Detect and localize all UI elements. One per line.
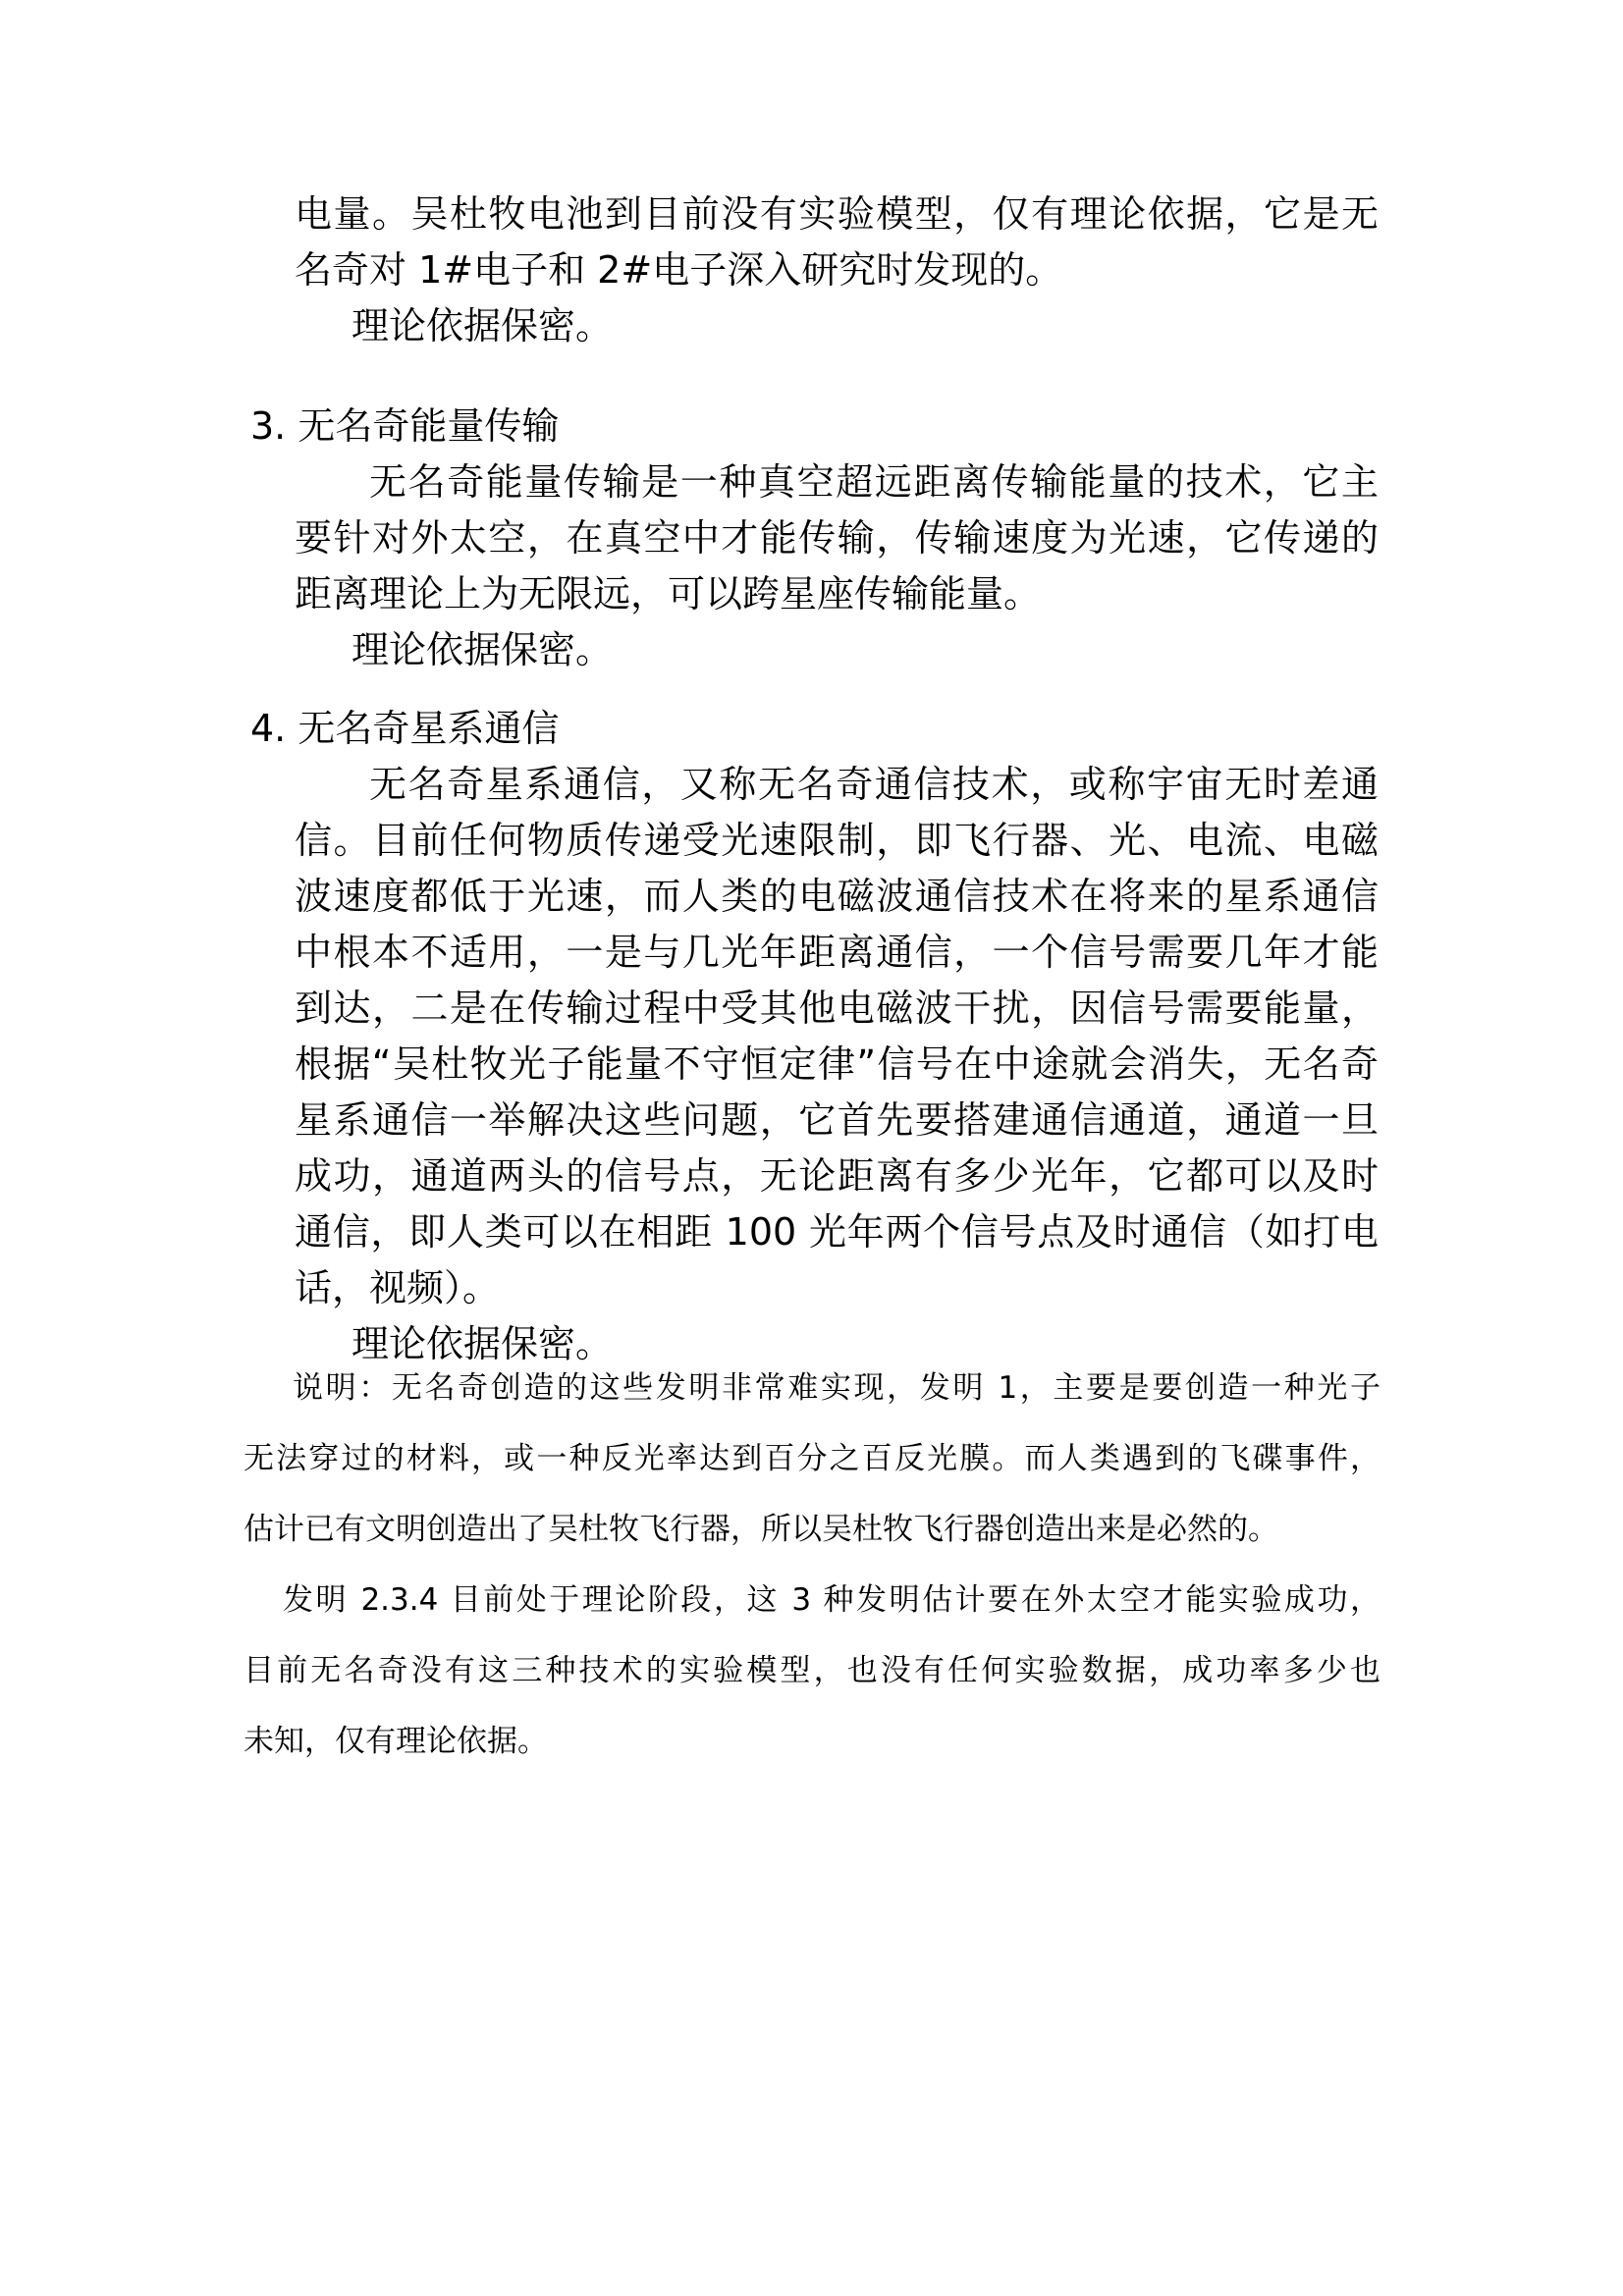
text-line: 无法穿过的材料，或一种反光率达到百分之百反光膜。而人类遇到的飞碟事件， (243, 1423, 1380, 1494)
paragraph-battery-continuation: 电量。吴杜牧电池到目前没有实验模型，仅有理论依据，它是无名奇对 1#电子和 2#… (295, 187, 1379, 298)
text-line: 未知，仅有理论依据。 (243, 1706, 1380, 1777)
notes-paragraph-2: 发明 2.3.4 目前处于理论阶段，这 3 种发明估计要在外太空才能实验成功，目… (243, 1565, 1380, 1777)
secret-note-1: 理论依据保密。 (295, 298, 613, 354)
text-line: 话，视频）。 (295, 1260, 1379, 1316)
text-line: 星系通信一举解决这些问题，它首先要搭建通信通道，通道一旦 (295, 1093, 1379, 1148)
text-line: 电量。吴杜牧电池到目前没有实验模型，仅有理论依据，它是无 (295, 187, 1379, 242)
text-line: 名奇对 1#电子和 2#电子深入研究时发现的。 (295, 242, 1379, 298)
text-line: 发明 2.3.4 目前处于理论阶段，这 3 种发明估计要在外太空才能实验成功， (243, 1565, 1380, 1635)
section-3-heading: 3. 无名奇能量传输 (250, 399, 559, 454)
text-line: 说明：无名奇创造的这些发明非常难实现，发明 1，主要是要创造一种光子 (243, 1353, 1380, 1423)
secret-note-2: 理论依据保密。 (295, 622, 613, 678)
text-line: 中根本不适用，一是与几光年距离通信，一个信号需要几年才能 (295, 925, 1379, 981)
text-line: 要针对外太空，在真空中才能传输，传输速度为光速，它传递的 (295, 510, 1379, 566)
text-line: 波速度都低于光速，而人类的电磁波通信技术在将来的星系通信 (295, 869, 1379, 925)
text-line: 到达，二是在传输过程中受其他电磁波干扰，因信号需要能量， (295, 981, 1379, 1037)
text-line: 无名奇星系通信，又称无名奇通信技术，或称宇宙无时差通 (295, 757, 1379, 813)
text-line: 根据“吴杜牧光子能量不守恒定律”信号在中途就会消失，无名奇 (295, 1037, 1379, 1093)
text-line: 信。目前任何物质传递受光速限制，即飞行器、光、电流、电磁 (295, 813, 1379, 869)
notes-paragraph-1: 说明：无名奇创造的这些发明非常难实现，发明 1，主要是要创造一种光子无法穿过的材… (243, 1353, 1380, 1565)
text-line: 目前无名奇没有这三种技术的实验模型，也没有任何实验数据，成功率多少也 (243, 1635, 1380, 1706)
text-line: 距离理论上为无限远，可以跨星座传输能量。 (295, 566, 1379, 622)
section-4-heading: 4. 无名奇星系通信 (250, 701, 559, 757)
text-line: 通信，即人类可以在相距 100 光年两个信号点及时通信（如打电 (295, 1204, 1379, 1260)
text-line: 估计已有文明创造出了吴杜牧飞行器，所以吴杜牧飞行器创造出来是必然的。 (243, 1494, 1380, 1565)
text-line: 成功，通道两头的信号点，无论距离有多少光年，它都可以及时 (295, 1148, 1379, 1204)
text-line: 无名奇能量传输是一种真空超远距离传输能量的技术，它主 (295, 454, 1379, 510)
section-3-paragraph: 无名奇能量传输是一种真空超远距离传输能量的技术，它主要针对外太空，在真空中才能传… (295, 454, 1379, 622)
section-4-paragraph: 无名奇星系通信，又称无名奇通信技术，或称宇宙无时差通信。目前任何物质传递受光速限… (295, 757, 1379, 1316)
document-page: 电量。吴杜牧电池到目前没有实验模型，仅有理论依据，它是无名奇对 1#电子和 2#… (0, 0, 1623, 2296)
